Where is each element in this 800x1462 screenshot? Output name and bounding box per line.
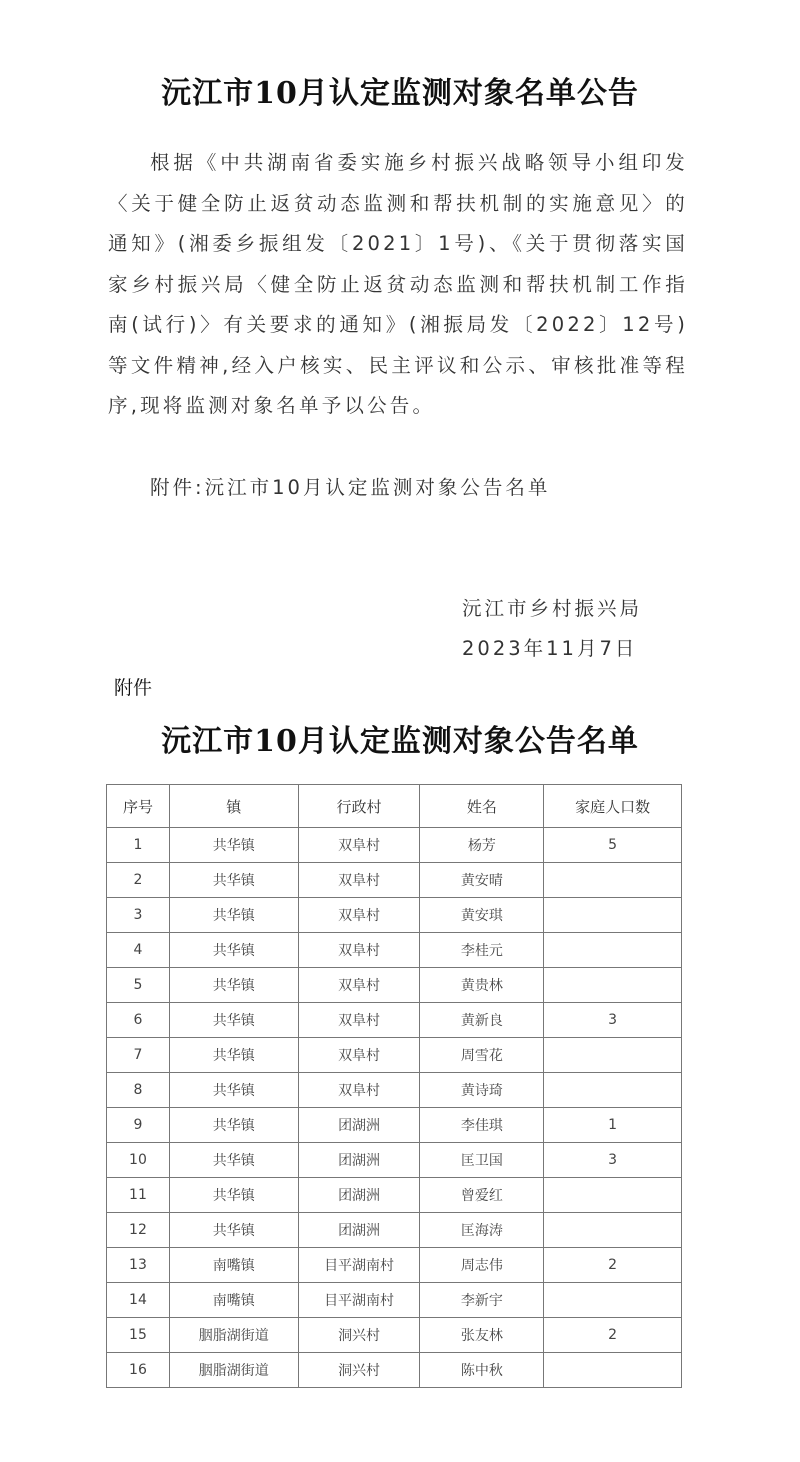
cell-town: 共华镇 [169,1143,298,1178]
cell-name: 匡卫国 [420,1143,544,1178]
cell-name: 黄安琪 [420,898,544,933]
table-row: 12共华镇团湖洲匡海涛 [107,1213,682,1248]
cell-town: 共华镇 [169,863,298,898]
cell-town: 共华镇 [169,1108,298,1143]
cell-village: 目平湖南村 [298,1283,420,1318]
table-row: 4共华镇双阜村李桂元 [107,933,682,968]
cell-name: 周志伟 [420,1248,544,1283]
announcement-title: 沅江市10月认定监测对象名单公告 [0,68,800,112]
cell-name: 黄安晴 [420,863,544,898]
table-row: 9共华镇团湖洲李佳琪1 [107,1108,682,1143]
cell-index: 9 [107,1108,170,1143]
cell-household-size [544,1213,682,1248]
cell-name: 李佳琪 [420,1108,544,1143]
cell-household-size [544,898,682,933]
cell-village: 双阜村 [298,863,420,898]
cell-household-size [544,968,682,1003]
cell-name: 匡海涛 [420,1213,544,1248]
cell-name: 李桂元 [420,933,544,968]
header-name: 姓名 [420,785,544,828]
cell-town: 南嘴镇 [169,1283,298,1318]
header-town: 镇 [169,785,298,828]
cell-town: 共华镇 [169,1178,298,1213]
cell-index: 14 [107,1283,170,1318]
attachment-label: 附件 [114,673,152,700]
attachment-reference: 附件:沅江市10月认定监测对象公告名单 [150,472,550,500]
cell-index: 1 [107,828,170,863]
table-row: 1共华镇双阜村杨芳5 [107,828,682,863]
cell-name: 黄诗琦 [420,1073,544,1108]
cell-name: 陈中秋 [420,1353,544,1388]
cell-name: 杨芳 [420,828,544,863]
cell-index: 10 [107,1143,170,1178]
cell-index: 7 [107,1038,170,1073]
cell-index: 16 [107,1353,170,1388]
table-row: 14南嘴镇目平湖南村李新宇 [107,1283,682,1318]
cell-index: 2 [107,863,170,898]
cell-index: 8 [107,1073,170,1108]
cell-household-size [544,1353,682,1388]
table-row: 6共华镇双阜村黄新良3 [107,1003,682,1038]
cell-town: 共华镇 [169,1073,298,1108]
cell-name: 曾爱红 [420,1178,544,1213]
cell-town: 共华镇 [169,1003,298,1038]
cell-village: 团湖洲 [298,1213,420,1248]
cell-index: 3 [107,898,170,933]
cell-village: 双阜村 [298,933,420,968]
cell-name: 李新宇 [420,1283,544,1318]
table-row: 8共华镇双阜村黄诗琦 [107,1073,682,1108]
cell-village: 洞兴村 [298,1318,420,1353]
cell-town: 南嘴镇 [169,1248,298,1283]
cell-town: 胭脂湖街道 [169,1318,298,1353]
cell-household-size [544,933,682,968]
cell-name: 张友林 [420,1318,544,1353]
header-household-size: 家庭人口数 [544,785,682,828]
cell-index: 11 [107,1178,170,1213]
cell-index: 13 [107,1248,170,1283]
table-row: 2共华镇双阜村黄安晴 [107,863,682,898]
cell-village: 双阜村 [298,898,420,933]
cell-town: 胭脂湖街道 [169,1353,298,1388]
cell-village: 目平湖南村 [298,1248,420,1283]
cell-household-size: 5 [544,828,682,863]
cell-index: 4 [107,933,170,968]
table-row: 7共华镇双阜村周雪花 [107,1038,682,1073]
table-row: 10共华镇团湖洲匡卫国3 [107,1143,682,1178]
signature-date: 2023年11月7日 [462,633,637,661]
cell-household-size: 2 [544,1248,682,1283]
cell-household-size: 3 [544,1003,682,1038]
table-row: 3共华镇双阜村黄安琪 [107,898,682,933]
cell-village: 双阜村 [298,1038,420,1073]
signature-organization: 沅江市乡村振兴局 [462,593,642,621]
table-row: 11共华镇团湖洲曾爱红 [107,1178,682,1213]
cell-index: 12 [107,1213,170,1248]
cell-village: 双阜村 [298,828,420,863]
cell-household-size [544,1178,682,1213]
cell-name: 周雪花 [420,1038,544,1073]
cell-village: 双阜村 [298,1003,420,1038]
cell-household-size [544,1073,682,1108]
header-village: 行政村 [298,785,420,828]
cell-town: 共华镇 [169,828,298,863]
cell-household-size [544,1038,682,1073]
table-row: 13南嘴镇目平湖南村周志伟2 [107,1248,682,1283]
cell-village: 团湖洲 [298,1178,420,1213]
cell-village: 团湖洲 [298,1108,420,1143]
cell-name: 黄贵林 [420,968,544,1003]
cell-village: 双阜村 [298,968,420,1003]
cell-town: 共华镇 [169,968,298,1003]
cell-name: 黄新良 [420,1003,544,1038]
announcement-body: 根据《中共湖南省委实施乡村振兴战略领导小组印发〈关于健全防止返贫动态监测和帮扶机… [108,143,688,427]
cell-village: 团湖洲 [298,1143,420,1178]
cell-town: 共华镇 [169,1213,298,1248]
cell-household-size: 2 [544,1318,682,1353]
cell-village: 洞兴村 [298,1353,420,1388]
cell-index: 5 [107,968,170,1003]
table-row: 5共华镇双阜村黄贵林 [107,968,682,1003]
cell-village: 双阜村 [298,1073,420,1108]
monitoring-list-table: 序号 镇 行政村 姓名 家庭人口数 1共华镇双阜村杨芳52共华镇双阜村黄安晴3共… [106,784,682,1388]
table-header-row: 序号 镇 行政村 姓名 家庭人口数 [107,785,682,828]
cell-town: 共华镇 [169,898,298,933]
cell-household-size [544,863,682,898]
cell-town: 共华镇 [169,933,298,968]
table-row: 15胭脂湖街道洞兴村张友林2 [107,1318,682,1353]
cell-household-size: 3 [544,1143,682,1178]
cell-town: 共华镇 [169,1038,298,1073]
cell-index: 6 [107,1003,170,1038]
cell-household-size: 1 [544,1108,682,1143]
attachment-title: 沅江市10月认定监测对象公告名单 [0,716,800,760]
cell-index: 15 [107,1318,170,1353]
cell-household-size [544,1283,682,1318]
table-row: 16胭脂湖街道洞兴村陈中秋 [107,1353,682,1388]
header-index: 序号 [107,785,170,828]
